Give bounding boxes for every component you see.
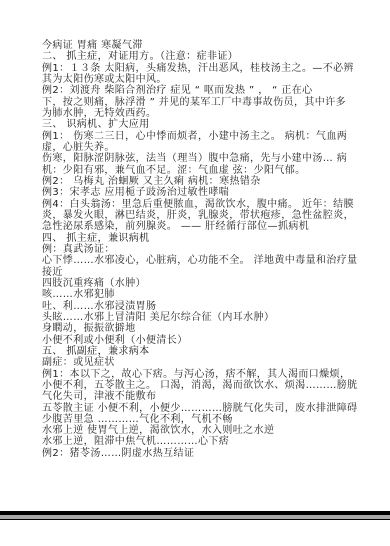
text-line: 机：少阳有邪，兼气血不足。涩：气血虚 弦：少阳气郁。: [42, 165, 342, 176]
text-line: 为肺水肿，无特效西药。: [42, 108, 342, 119]
text-line: 五苓散主证 小便不利，小便少…………膀胱气化失司，废水排泄障碍: [42, 403, 342, 414]
text-line: 例4：白头翁汤：里急后重便脓血，渴欲饮水，腹中痛。 近年：结膜: [42, 199, 342, 210]
text-line: 例3：宋孝志 应用栀子豉汤治过敏性哮喘: [42, 187, 342, 198]
text-line: 气化失司，津液不能敷布: [42, 391, 342, 402]
text-line: 接近: [42, 267, 342, 278]
line-symptom-title: 今病证 胃痛 寒凝气滞: [42, 40, 342, 51]
text-line: 例1： 伤寒二三日，心中悸而烦者，小建中汤主之。 病机：气血两: [42, 131, 342, 142]
text-line: 心下悸……水邪凌心，心脏病，心功能不全。 洋地黄中毒量和治疗量: [42, 255, 342, 266]
document-page: 今病证 胃痛 寒凝气滞 二、 抓主症，对证用方。（注意：症非证） 例1：１３条 …: [0, 0, 390, 546]
text-line: 四肢沉重疼痛（水肿）: [42, 278, 342, 289]
text-line: 咳……水邪犯肺: [42, 289, 342, 300]
text-line: 水邪上逆，阻滞中焦气机…………心下痞: [42, 436, 342, 447]
text-line: 例1：１３条 太阳病，头痛发热，汗出恶风，桂枝汤主之。—不必辨: [42, 63, 342, 74]
text-line: 小便不利，五苓散主之。 口渴，消渴，渴而欲饮水、烦渴………膀胱: [42, 380, 342, 391]
text-line: 例：真武汤证：: [42, 244, 342, 255]
text-line: 例2： 乌梅丸 治蛔厥 又主久痢 病机：寒热错杂: [42, 176, 342, 187]
text-line: 例2：刘渡舟 柴陷合剂治疗 症见 “ 呕而发热 ” ， “ 正在心: [42, 85, 342, 96]
text-line: 下，按之则痛，脉浮滑 ” 并见的某军工厂中毒事故伤员，其中许多: [42, 97, 342, 108]
section-heading-5: 五、 抓副症，兼求病本: [42, 346, 342, 357]
section-heading-4: 四、 抓主症，兼识病机: [42, 233, 342, 244]
text-line: 头眩……水邪上冒清阳 美尼尔综合征（内耳水肿）: [42, 312, 342, 323]
text-line: 小便不利或小便利（小便清长）: [42, 335, 342, 346]
text-line: 例1：本以下之，故心下痞。与泻心汤，痞不解，其人渴而口燥烦，: [42, 369, 342, 380]
text-line: 急性泌尿系感染，前列腺炎。 —— 肝经循行部位—抓病机: [42, 221, 342, 232]
section-heading-2: 二、 抓主症，对证用方。（注意：症非证）: [42, 51, 342, 62]
text-line: 其为太阳伤寒或太阳中风。: [42, 74, 342, 85]
document-body: 今病证 胃痛 寒凝气滞 二、 抓主症，对证用方。（注意：症非证） 例1：１３条 …: [42, 40, 342, 459]
text-line: 水邪上逆 使胃气上逆，渴欲饮水，水入则吐之水逆: [42, 425, 342, 436]
text-line: 身瞤动，振振欲擗地: [42, 323, 342, 334]
text-line: 例2：猪苓汤……阴虚水热互结证: [42, 448, 342, 459]
text-line: 虚，心脏失养。: [42, 142, 342, 153]
text-line: 吐、利……水邪浸渍胃肠: [42, 301, 342, 312]
footer-rule-thin: [0, 519, 390, 520]
section-heading-3: 三、 识病机、扩大应用: [42, 119, 342, 130]
text-line: 少腹苦里急 …………气化不利，气机不畅: [42, 414, 342, 425]
text-line: 副症：或见症状: [42, 357, 342, 368]
text-line: 伤寒，阳脉涩阴脉弦，法当（理当）腹中急痛，先与小建中汤… 病: [42, 153, 342, 164]
text-line: 炎，暴发火眼，淋巴结炎，肝炎，乳腺炎，带状疱疹，急性盆腔炎，: [42, 210, 342, 221]
